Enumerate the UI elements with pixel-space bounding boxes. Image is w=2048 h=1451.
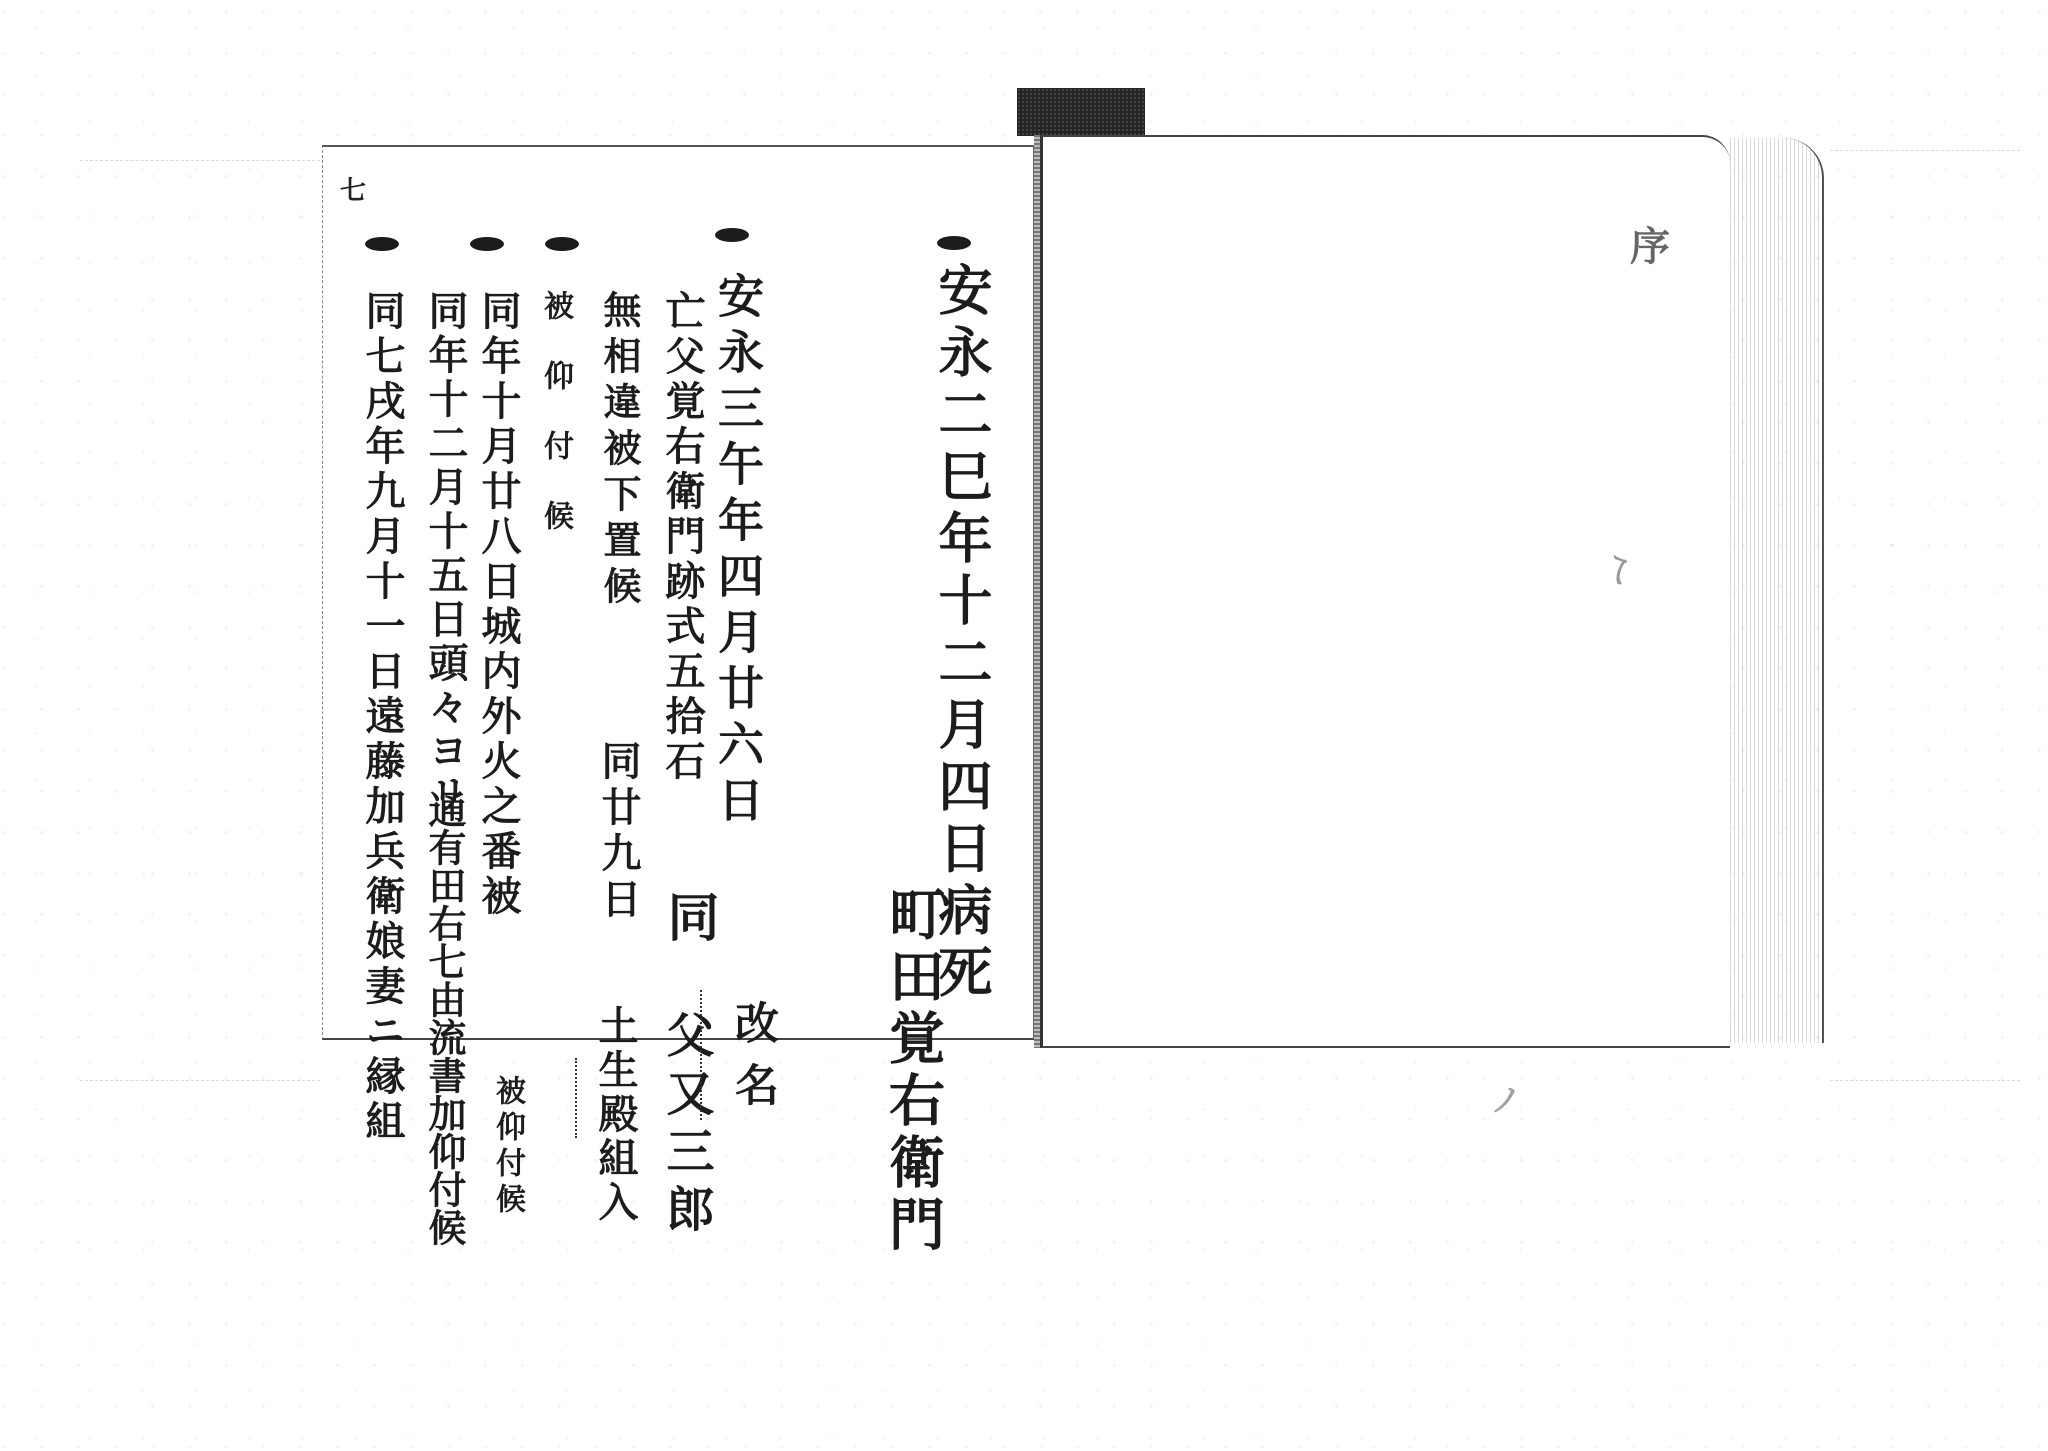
margin-line [80,160,320,161]
entry-1-name: 町田覚右衛門 [885,885,941,1257]
entry-3-note2: 被仰付候 [492,1075,522,1219]
entry-2-main-text: 安永三午年四月廿六日 [715,272,761,832]
ink-smudge-mark [575,1058,577,1138]
margin-line [1830,150,2020,151]
entry-3-note1: 被仰付候 [540,290,570,570]
entry-2-sub6: 改名 [730,1000,774,1124]
entry-2-sub2: 無相違被下置候 [600,290,638,612]
entry-bullet [937,236,971,250]
entry-3-main-text: 同年十月廿八日城内外火之番被 [478,290,518,920]
page-edge-stack [1730,138,1824,1043]
ink-rule-line [700,990,702,1120]
entry-bullet [545,237,579,251]
entry-3-sub2: 同年十二月十五日頭々ヨリ [425,290,465,818]
ink-blot-mark: ノ [1490,1075,1522,1121]
page-number: 七 [340,170,366,207]
entry-3-sub4: 同七戌年九月十一日遠藤加兵衛娘妻ニ縁組 [362,290,402,1145]
margin-line [80,1080,320,1081]
book-tab-marker [1017,88,1145,136]
entry-2-sub4: 同 [662,890,714,946]
right-page [1040,135,1730,1048]
entry-bullet [470,237,504,251]
margin-line [1830,1080,2020,1081]
entry-2-sub7: 土生殿組入 [595,1005,635,1225]
entry-2-sub3: 同廿九日 [598,740,638,924]
entry-bullet [365,237,399,251]
entry-bullet [715,228,749,242]
entry-3-sub3: 通有田右七由流書加仰付候 [425,790,463,1246]
entry-2-sub1: 亡父覚右衛門跡式五拾石 [662,290,702,785]
right-page-header-mark: 序 [1630,215,1670,272]
entry-2-sub5: 父又三郎 [662,1010,710,1242]
